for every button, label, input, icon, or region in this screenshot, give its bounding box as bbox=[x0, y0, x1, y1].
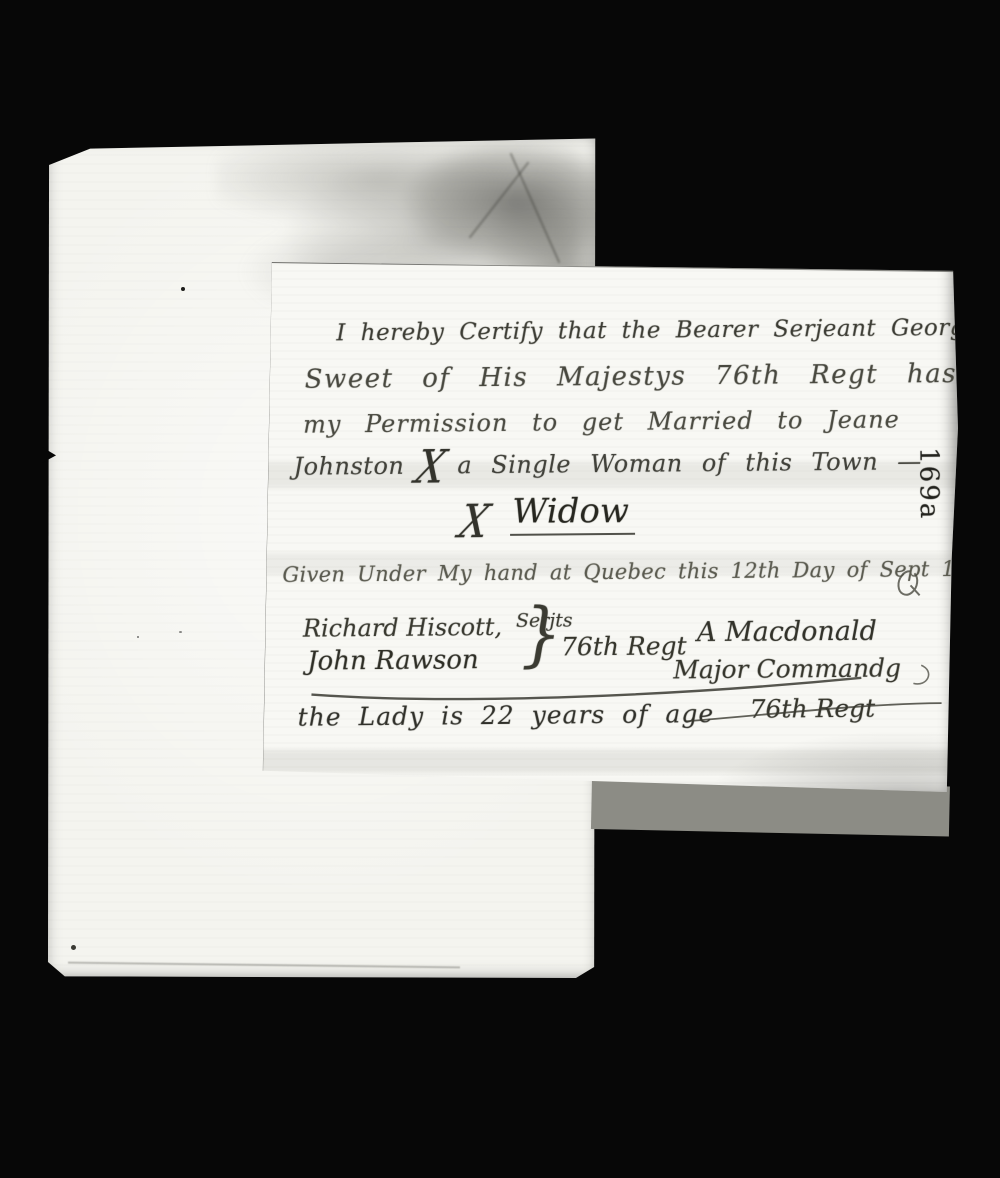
dust-speck bbox=[179, 631, 182, 633]
insertion-x-mark: X bbox=[457, 506, 492, 539]
dust-speck bbox=[137, 636, 139, 638]
insertion-word-widow: Widow bbox=[510, 494, 635, 536]
witness-signature-2: John Rawson bbox=[307, 647, 479, 674]
dateline: Given Under My hand at Quebec this 12th … bbox=[282, 559, 996, 586]
dust-speck bbox=[590, 1011, 592, 1013]
handwriting-layer: I hereby Certify that the Bearer Serjean… bbox=[258, 251, 961, 801]
bride-surname: Johnston bbox=[293, 454, 404, 479]
certificate-line-2: Sweet of His Majestys 76th Regt has bbox=[305, 361, 958, 393]
certificate-line-4-rest: a Single Woman of this Town — bbox=[457, 449, 922, 477]
insertion-x-mark: X bbox=[413, 451, 449, 484]
witness-brace: } bbox=[521, 599, 562, 670]
certificate-line-4: Johnston X a Single Woman of this Town — bbox=[293, 449, 922, 482]
certificate-paper: I hereby Certify that the Bearer Serjean… bbox=[260, 254, 958, 798]
witness-regiment: 76th Regt bbox=[561, 633, 687, 659]
signature-title: Major Commandg bbox=[673, 655, 901, 682]
witness-name-1: Richard Hiscott, bbox=[303, 615, 502, 641]
certificate-line-3: my Permission to get Married to Jeane bbox=[303, 407, 900, 436]
signature-name: A Macdonald bbox=[697, 618, 877, 647]
certificate-line-1: I hereby Certify that the Bearer Serjean… bbox=[336, 317, 979, 346]
crease-mark bbox=[68, 962, 460, 969]
dust-speck bbox=[181, 287, 185, 291]
signature-regiment: 76th Regt bbox=[749, 696, 875, 722]
age-note: the Lady is 22 years of age bbox=[298, 701, 715, 730]
photo-background: I hereby Certify that the Bearer Serjean… bbox=[0, 0, 1000, 1178]
folio-number: 169a bbox=[915, 447, 942, 520]
widow-insertion: X Widow bbox=[460, 494, 635, 537]
dust-speck bbox=[71, 945, 76, 950]
